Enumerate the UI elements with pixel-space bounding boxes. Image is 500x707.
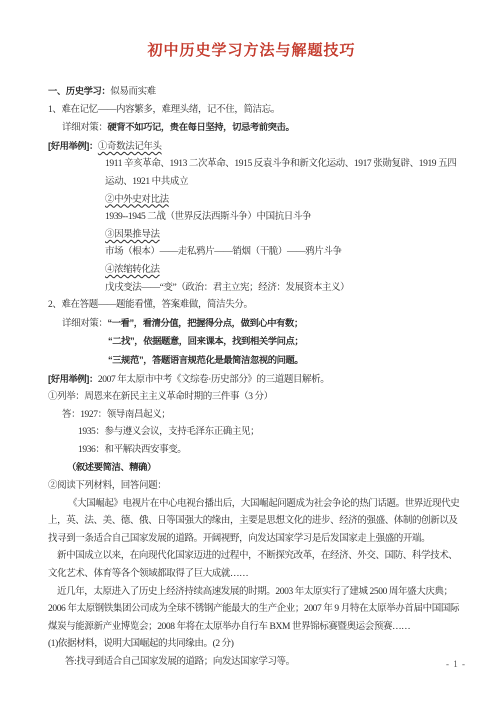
text-segment: 详细对策： xyxy=(62,123,108,133)
document-line: “二找”，依据题意，回来课本，找到相关学问点； xyxy=(108,333,455,352)
text-segment: 答:找寻到适合自己国家发展的道路；向发达国家学习等。 xyxy=(65,657,295,667)
text-segment: 煤炭与能源新产业博览会；2008 年将在太原举办自行车 BXM 世界锦标赛暨奥运… xyxy=(48,622,410,632)
document-line: ②阅读下列材料，回答问题： xyxy=(48,478,455,496)
text-segment: （叙述要简洁、精确） xyxy=(67,462,156,472)
text-segment: [好用举例]： xyxy=(48,141,98,151)
text-segment: 运动、1921 中共成立 xyxy=(105,177,188,187)
text-segment: 一、历史学习： xyxy=(48,86,110,96)
text-segment: “二找”，依据题意，回来课本，找到相关学问点； xyxy=(108,336,303,346)
document-line: 运动、1921 中共成立 xyxy=(105,174,455,192)
document-line: 1935：参与遵义会议，支持毛泽东正确主见； xyxy=(78,424,455,442)
text-segment: 似易而实难 xyxy=(110,87,156,97)
text-segment: ①奇数法记年头 xyxy=(98,142,162,152)
document-line: 1939--1945 二战（世界反法西斯斗争）中国抗日斗争 xyxy=(105,209,455,227)
document-line: [好用举例]：①奇数法记年头 xyxy=(48,138,455,157)
text-segment: 2007 年太原市中考《文综卷·历史部分》的三道题目解析。 xyxy=(98,375,329,385)
document-line: ①列举：周恩来在新民主主义革命时期的三件事（3 分） xyxy=(48,389,455,407)
document-line: 2006 年太原钢铁集团公司成为全球不锈钢产能最大的生产企业；2007 年 9 … xyxy=(48,601,455,619)
document-line: 1911 辛亥革命、1913 二次革命、1915 反袁斗争和新文化运动、1917… xyxy=(105,156,455,174)
document-line: 《大国崛起》电视片在中心电视台播出后，大国崛起问题成为社会争论的热门话题。世界近… xyxy=(68,496,455,514)
document-line: 上，英、法、美、德、俄、日等国强大的缘由，主要是思想文化的进步、经济的强盛、体制… xyxy=(48,513,455,531)
document-page: 初中历史学习方法与解题技巧 一、历史学习：似易而实难1、难在记忆——内容繁多，难… xyxy=(0,0,500,707)
document-line: 煤炭与能源新产业博览会；2008 年将在太原举办自行车 BXM 世界锦标赛暨奥运… xyxy=(48,619,455,637)
document-line: 1、难在记忆——内容繁多，难理头绪，记不住，简洁忘。 xyxy=(48,102,455,120)
document-line: 戊戌变法——“变”（政治：君主立宪；经济：发展资本主义） xyxy=(105,280,455,298)
text-segment: ①列举：周恩来在新民主主义革命时期的三件事（3 分） xyxy=(48,392,273,402)
text-segment: 新中国成立以来，在向现代化国家迈进的过程中，不断探究改革，在经济、外交、国防、科… xyxy=(57,551,457,561)
page-number: - 1 - xyxy=(446,659,466,669)
text-segment: 1935：参与遵义会议，支持毛泽东正确主见； xyxy=(78,427,259,437)
text-segment: 市场（根本）——走私鸦片——销烟（干脆）——鸦片斗争 xyxy=(105,247,342,257)
text-segment: 戊戌变法——“变”（政治：君主立宪；经济：发展资本主义） xyxy=(105,283,349,293)
text-segment: ④浓缩转化法 xyxy=(105,265,160,275)
document-line: 近几年，太原进入了历史上经济持续高速发展的时期。2003 年太原实行了建城 25… xyxy=(57,584,455,602)
text-segment: (1)依据材料，说明大国崛起的共同缘由。(2 分) xyxy=(48,639,234,649)
text-segment: 1936：和平解决西安事变。 xyxy=(78,445,186,455)
text-segment: 文化艺术、体育等各个领域都取得了巨大成就…… xyxy=(48,569,248,579)
document-line: （叙述要简洁、精确） xyxy=(67,459,455,478)
document-line: ④浓缩转化法 xyxy=(105,262,455,280)
document-line: 新中国成立以来，在向现代化国家迈进的过程中，不断探究改革，在经济、外交、国防、科… xyxy=(57,548,455,566)
text-segment: 1911 辛亥革命、1913 二次革命、1915 反袁斗争和新文化运动、1917… xyxy=(105,159,456,169)
document-line: 一、历史学习：似易而实难 xyxy=(48,83,455,102)
text-segment: 《大国崛起》电视片在中心电视台播出后，大国崛起问题成为社会争论的热门话题。世界近… xyxy=(68,499,459,509)
text-segment: ②阅读下列材料，回答问题： xyxy=(48,481,166,491)
document-line: 答:找寻到适合自己国家发展的道路；向发达国家学习等。 xyxy=(65,654,455,672)
document-line: 文化艺术、体育等各个领域都取得了巨大成就…… xyxy=(48,566,455,584)
text-segment: 近几年，太原进入了历史上经济持续高速发展的时期。2003 年太原实行了建城 25… xyxy=(57,587,453,597)
document-line: 找寻到一条适合自己国家发展的道路。开阔视野，向发达国家学习是后发国家走上强盛的开… xyxy=(48,531,455,549)
text-segment: 2006 年太原钢铁集团公司成为全球不锈钢产能最大的生产企业；2007 年 9 … xyxy=(48,604,459,614)
document-line: ③因果推导法 xyxy=(105,227,455,245)
document-line: ②中外史对比法 xyxy=(105,192,455,210)
document-line: 答：1927：领导南昌起义； xyxy=(62,407,455,425)
text-segment: 上，英、法、美、德、俄、日等国强大的缘由，主要是思想文化的进步、经济的强盛、体制… xyxy=(48,516,458,526)
document-title: 初中历史学习方法与解题技巧 xyxy=(48,40,455,62)
document-line: 1936：和平解决西安事变。 xyxy=(78,442,455,460)
text-segment: 答：1927：领导南昌起义； xyxy=(62,410,170,420)
document-body: 一、历史学习：似易而实难1、难在记忆——内容繁多，难理头绪，记不住，简洁忘。详细… xyxy=(48,83,455,672)
document-line: 详细对策：“一看”，看清分值，把握得分点，做到心中有数； xyxy=(62,315,455,334)
text-segment: 2、难在答题——题能看懂，答案难做，简洁失分。 xyxy=(48,300,253,310)
document-line: [好用举例]：2007 年太原市中考《文综卷·历史部分》的三道题目解析。 xyxy=(48,371,455,390)
text-segment: [好用举例]： xyxy=(48,374,98,384)
text-segment: 找寻到一条适合自己国家发展的道路。开阔视野，向发达国家学习是后发国家走上强盛的开… xyxy=(48,534,430,544)
document-line: 详细对策：硬背不如巧记，贵在每日坚持，切忌考前突击。 xyxy=(62,119,455,138)
text-segment: 硬背不如巧记，贵在每日坚持，切忌考前突击。 xyxy=(108,122,295,132)
document-line: (1)依据材料，说明大国崛起的共同缘由。(2 分) xyxy=(48,636,455,654)
text-segment: “一看”，看清分值，把握得分点，做到心中有数； xyxy=(108,318,303,328)
text-segment: 详细对策： xyxy=(62,319,108,329)
text-segment: ③因果推导法 xyxy=(105,230,160,240)
document-line: “三规范”，答题语言规范化是最简洁忽视的问题。 xyxy=(108,352,455,371)
text-segment: 1、难在记忆——内容繁多，难理头绪，记不住，简洁忘。 xyxy=(48,105,280,115)
document-line: 2、难在答题——题能看懂，答案难做，简洁失分。 xyxy=(48,297,455,315)
text-segment: 1939--1945 二战（世界反法西斯斗争）中国抗日斗争 xyxy=(105,212,311,222)
text-segment: ②中外史对比法 xyxy=(105,195,169,205)
text-segment: “三规范”，答题语言规范化是最简洁忽视的问题。 xyxy=(108,355,303,365)
document-line: 市场（根本）——走私鸦片——销烟（干脆）——鸦片斗争 xyxy=(105,244,455,262)
